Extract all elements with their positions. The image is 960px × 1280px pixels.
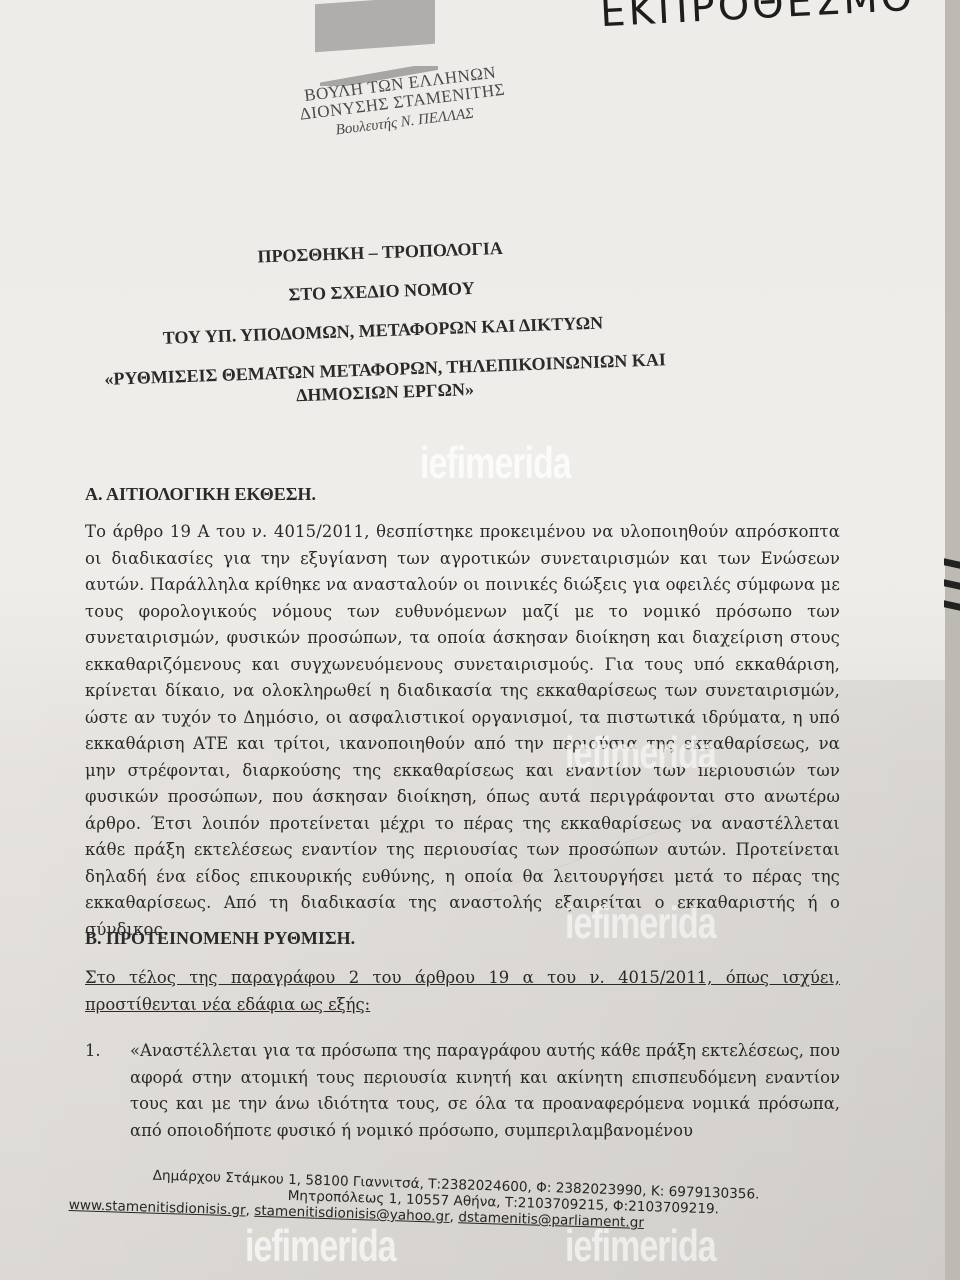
- title-line-3: ΤΟΥ ΥΠ. ΥΠΟΔΟΜΩΝ, ΜΕΤΑΦΟΡΩΝ ΚΑΙ ΔΙΚΤΥΩΝ: [103, 310, 663, 351]
- list-item-text: «Αναστέλλεται για τα πρόσωπα της παραγρά…: [130, 1038, 840, 1144]
- title-line-2: ΣΤΟ ΣΧΕΔΙΟ ΝΟΜΟΥ: [101, 271, 661, 312]
- document-page: ΕΚΠΡΟΘΕΣΜΟ ΒΟΥΛΗ ΤΩΝ ΕΛΛΗΝΩΝ ΔΙΟΝΥΣΗΣ ΣΤ…: [0, 0, 945, 1280]
- section-a: Α. ΑΙΤΙΟΛΟΓΙΚΗ ΕΚΘΕΣΗ. Το άρθρο 19 Α του…: [85, 484, 840, 943]
- section-b: Β. ΠΡΟΤΕΙΝΟΜΕΝΗ ΡΥΘΜΙΣΗ. Στο τέλος της π…: [85, 928, 840, 1144]
- parliament-logo: [315, 0, 435, 52]
- background-object: [944, 560, 960, 630]
- watermark: iefimerida: [420, 439, 571, 490]
- section-a-heading: Α. ΑΙΤΙΟΛΟΓΙΚΗ ΕΚΘΕΣΗ.: [85, 484, 840, 505]
- watermark: iefimerida: [245, 1222, 396, 1273]
- contact-footer: Δημάρχου Στάμκου 1, 58100 Γιαννιτσά, Τ:2…: [68, 1165, 789, 1236]
- document-title: ΠΡΟΣΘΗΚΗ – ΤΡΟΠΟΛΟΓΙΑ ΣΤΟ ΣΧΕΔΙΟ ΝΟΜΟΥ Τ…: [100, 232, 666, 430]
- list-item-number: 1.: [85, 1038, 130, 1144]
- late-submission-stamp: ΕΚΠΡΟΘΕΣΜΟ: [599, 0, 916, 36]
- section-b-intro: Στο τέλος της παραγράφου 2 του άρθρου 19…: [85, 965, 840, 1018]
- section-a-paragraph: Το άρθρο 19 Α του ν. 4015/2011, θεσπίστη…: [85, 519, 840, 943]
- title-line-1: ΠΡΟΣΘΗΚΗ – ΤΡΟΠΟΛΟΓΙΑ: [100, 232, 660, 273]
- letterhead: ΒΟΥΛΗ ΤΩΝ ΕΛΛΗΝΩΝ ΔΙΟΝΥΣΗΣ ΣΤΑΜΕΝΙΤΗΣ Βο…: [280, 61, 525, 148]
- list-item: 1. «Αναστέλλεται για τα πρόσωπα της παρα…: [85, 1038, 840, 1144]
